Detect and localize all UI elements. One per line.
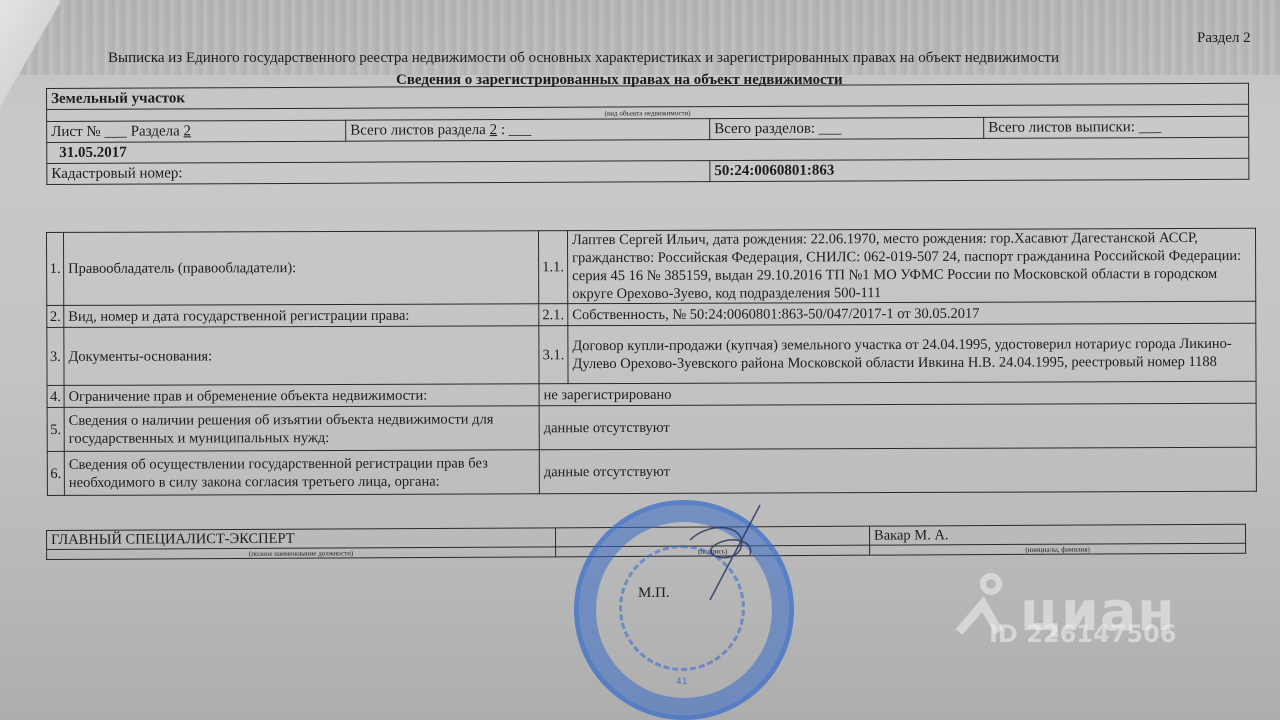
row-label: Документы-основания: bbox=[64, 326, 539, 386]
cadastral-number: 50:24:0060801:863 bbox=[710, 158, 1249, 181]
total-sheets-section-cell: Всего листов раздела 2 : ___ bbox=[346, 119, 710, 142]
row-subnumber: 3.1. bbox=[539, 326, 568, 384]
name-caption: (инициалы, фамилия) bbox=[870, 543, 1246, 555]
section-of-value: 2 bbox=[183, 123, 191, 139]
position-caption: (полное наименование должности) bbox=[47, 547, 556, 560]
consent-value: данные отсутствуют bbox=[539, 447, 1256, 494]
row-number: 2. bbox=[47, 305, 64, 327]
total-sheets-section-value: 2 bbox=[490, 122, 498, 138]
row-number: 3. bbox=[47, 327, 64, 385]
total-sheets-section-label: Всего листов раздела bbox=[350, 122, 486, 139]
official-name: Вакар М. А. bbox=[869, 524, 1245, 545]
row-label: Ограничение прав и обременение объекта н… bbox=[64, 384, 539, 408]
row-label: Вид, номер и дата государственной регист… bbox=[64, 304, 539, 328]
row-number: 4. bbox=[47, 385, 64, 407]
section-of-label: Раздела bbox=[131, 123, 180, 139]
sheet-number-cell: Лист № ___ Раздела 2 bbox=[47, 120, 346, 142]
sheet-label: Лист № bbox=[51, 123, 101, 139]
row-subnumber: 2.1. bbox=[539, 304, 568, 326]
table-row: 5. Сведения о наличии решения об изъятии… bbox=[47, 403, 1256, 451]
cadastral-label: Кадастровый номер: bbox=[47, 161, 710, 185]
row-label: Сведения об осуществлении государственно… bbox=[64, 450, 539, 496]
total-sheets-extract: Всего листов выписки: ___ bbox=[984, 116, 1249, 138]
row-number: 6. bbox=[47, 451, 64, 495]
seal-place-label: М.П. bbox=[638, 585, 670, 602]
row-number: 1. bbox=[47, 232, 64, 305]
row-subnumber: 1.1. bbox=[538, 231, 567, 304]
seizure-value: данные отсутствуют bbox=[539, 403, 1256, 450]
basis-documents-value: Договор купли-продажи (купчая) земельног… bbox=[568, 323, 1256, 383]
seal-number: 41 bbox=[676, 677, 687, 687]
table-row: 6. Сведения об осуществлении государстве… bbox=[47, 447, 1256, 495]
total-sheets-section-suffix: : ___ bbox=[501, 121, 531, 137]
section-label: Раздел 2 bbox=[1197, 30, 1251, 47]
row-number: 5. bbox=[47, 407, 64, 451]
row-label: Правообладатель (правообладатели): bbox=[64, 231, 539, 306]
table-row: 1. Правообладатель (правообладатели): 1.… bbox=[47, 228, 1256, 305]
row-label: Сведения о наличии решения об изъятии об… bbox=[64, 406, 539, 452]
document-title: Выписка из Единого государственного реес… bbox=[108, 50, 1059, 67]
rights-table: 1. Правообладатель (правообладатели): 1.… bbox=[46, 228, 1257, 496]
sheet-blank: ___ bbox=[104, 123, 127, 139]
handwritten-signature-icon bbox=[680, 500, 770, 610]
total-sections: Всего разделов: ___ bbox=[710, 117, 984, 139]
right-holder-value: Лаптев Сергей Ильич, дата рождения: 22.0… bbox=[567, 228, 1255, 303]
table-row: 3. Документы-основания: 3.1. Договор куп… bbox=[47, 323, 1256, 385]
object-header-table: Земельный участок (вид объекта недвижимо… bbox=[46, 83, 1249, 185]
encumbrance-value: не зарегистрировано bbox=[539, 381, 1256, 406]
registration-value: Собственность, № 50:24:0060801:863-50/04… bbox=[568, 301, 1256, 325]
watermark-id: ID 226147506 bbox=[989, 620, 1177, 648]
